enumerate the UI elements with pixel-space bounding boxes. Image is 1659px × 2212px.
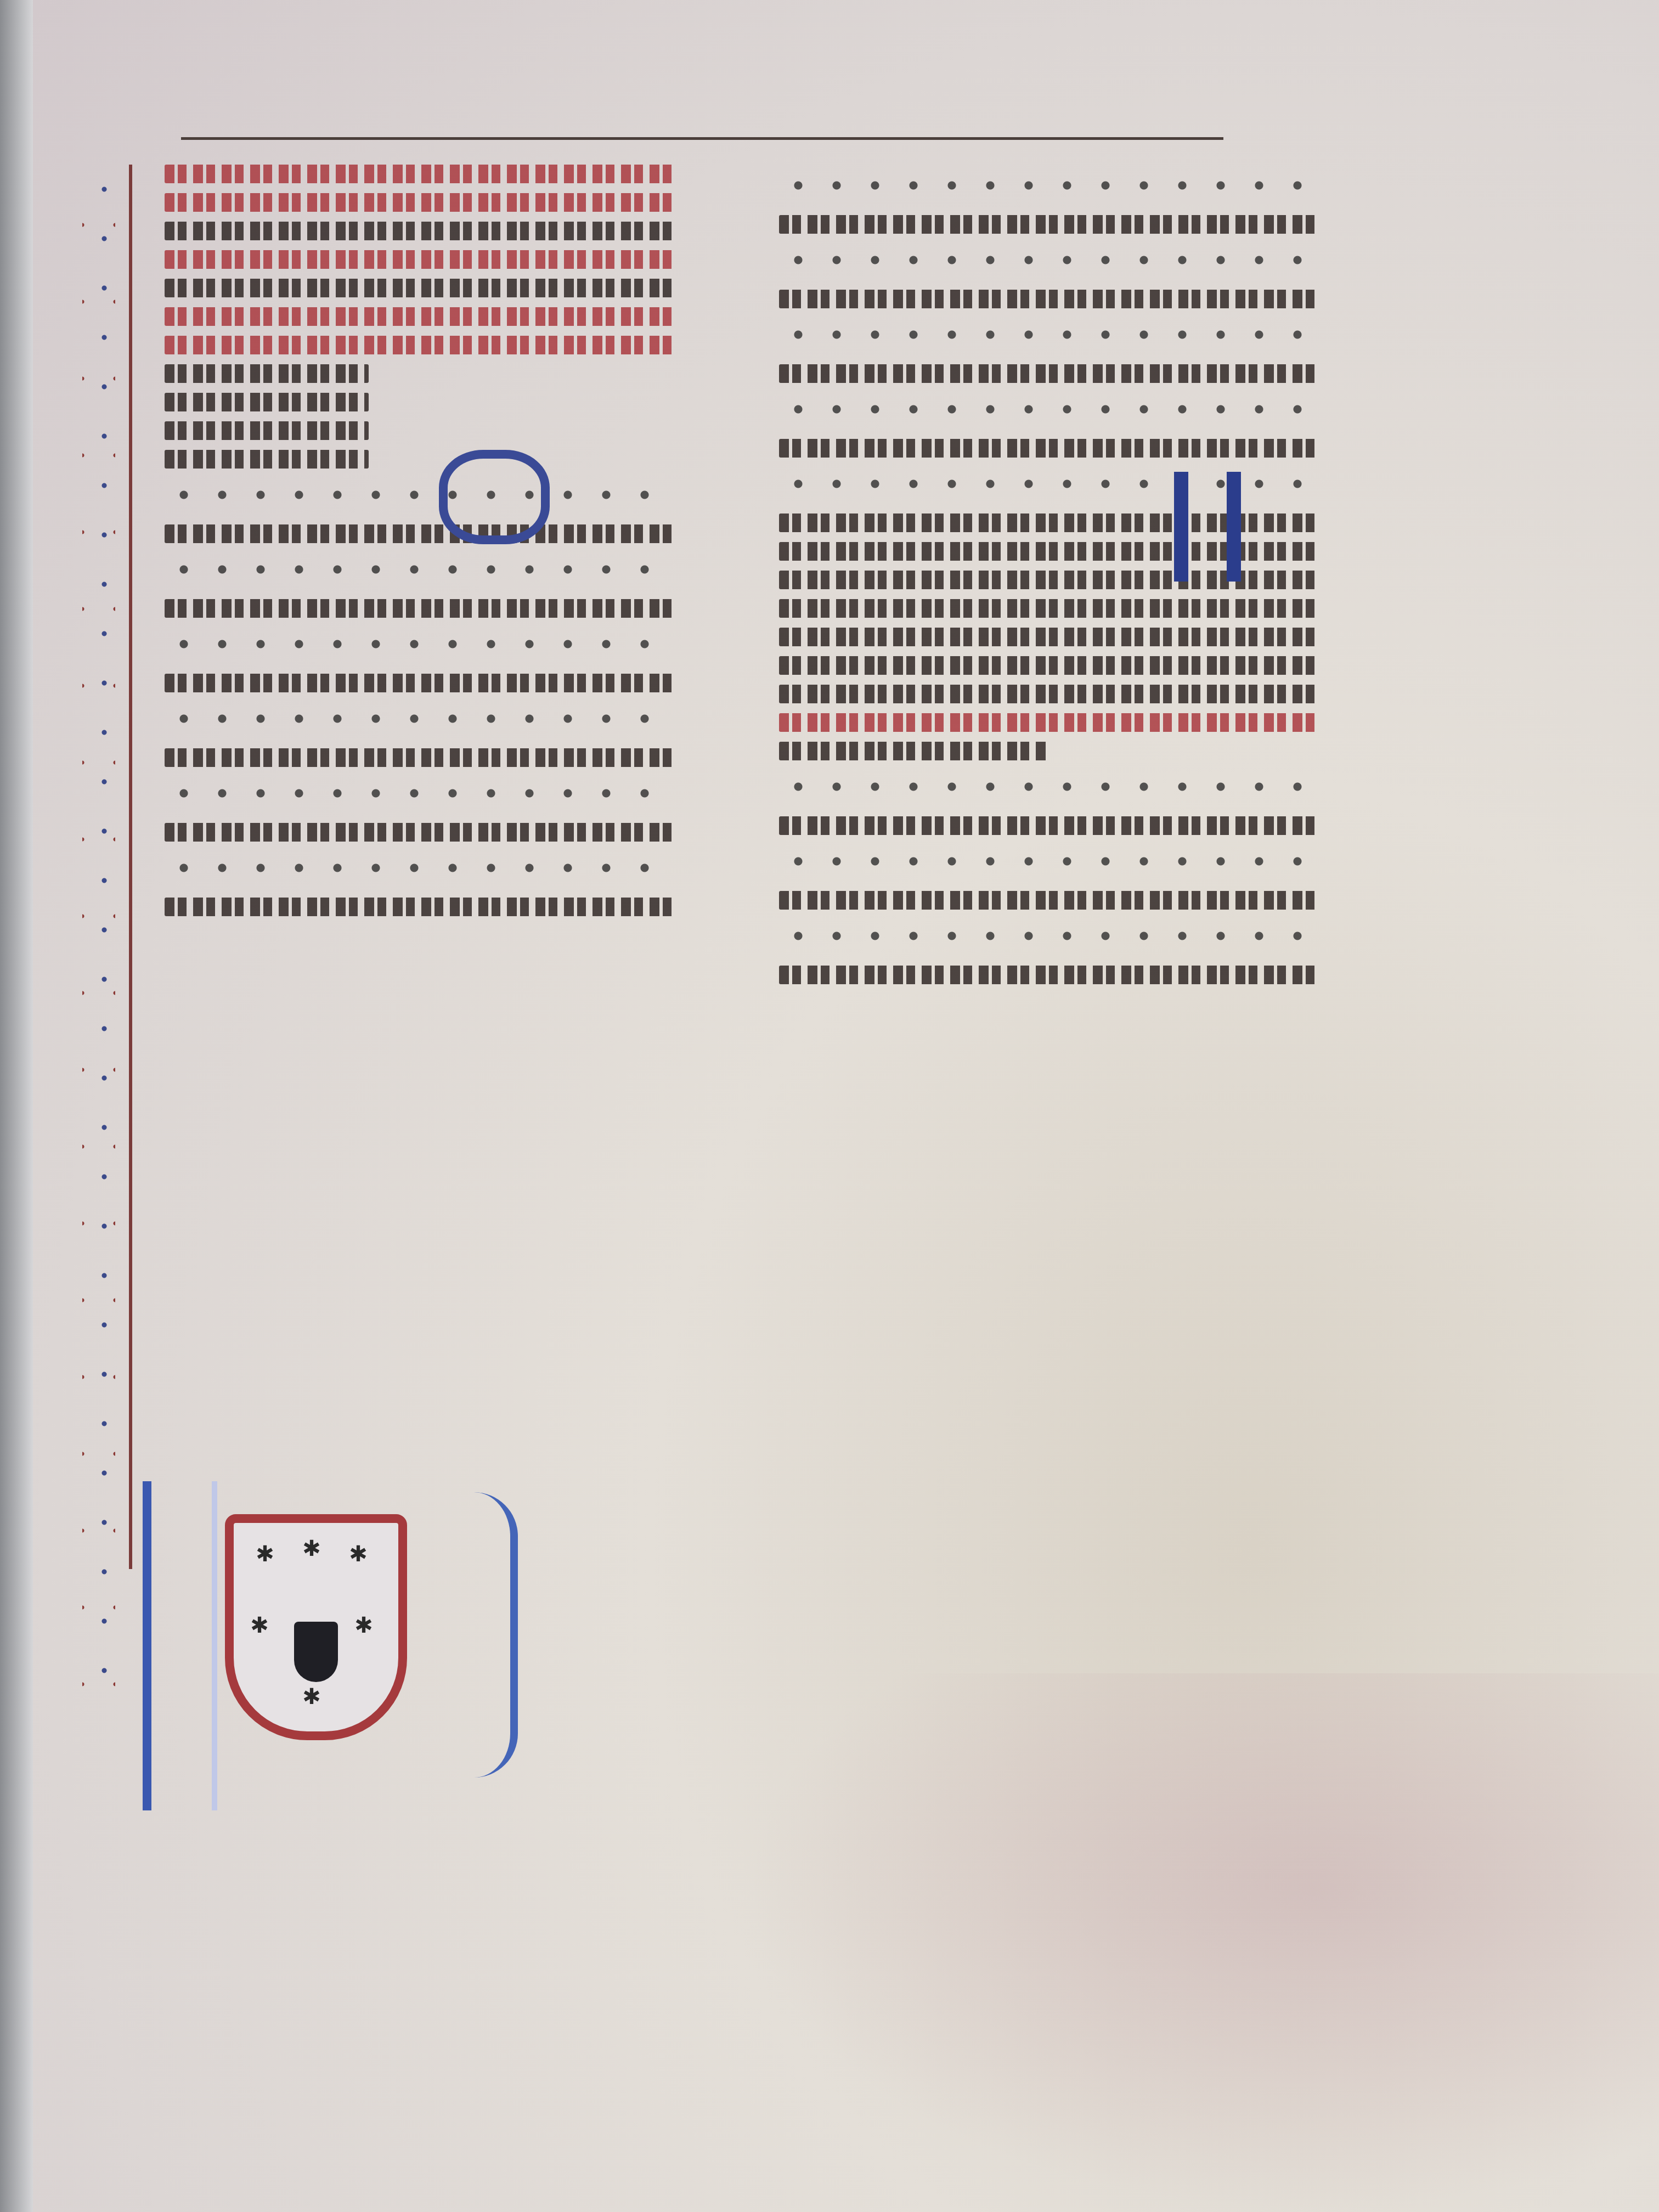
decorated-initial-s — [439, 450, 550, 544]
text-line — [779, 599, 1317, 618]
text-line — [165, 450, 369, 469]
text-line — [165, 599, 675, 618]
star-icon: ✱ — [256, 1545, 274, 1564]
shadow-overlay — [746, 1673, 1659, 2212]
music-stave — [779, 770, 1317, 803]
top-staff-line — [181, 137, 1223, 145]
text-line — [165, 823, 675, 842]
text-line — [779, 364, 1317, 383]
rubric-line — [165, 193, 675, 212]
text-line — [165, 674, 675, 692]
left-text-column — [165, 165, 675, 926]
star-icon: ✱ — [349, 1545, 368, 1564]
decorated-initial-h — [1174, 472, 1241, 582]
rubric-line — [779, 713, 1317, 732]
text-line — [165, 279, 675, 297]
left-border-bar — [129, 165, 149, 1569]
text-line — [779, 290, 1317, 308]
rubric-line — [165, 165, 675, 183]
rubric-line — [165, 250, 675, 269]
music-stave — [779, 845, 1317, 878]
monitor-bezel — [0, 0, 33, 2212]
initial-curl-ornament — [466, 1492, 518, 1778]
music-stave — [779, 919, 1317, 952]
marginal-decoration — [82, 165, 115, 1701]
rubric-line — [165, 307, 675, 326]
text-line — [165, 748, 675, 767]
music-stave — [779, 318, 1317, 351]
inescutcheon — [294, 1622, 338, 1682]
text-line — [165, 421, 369, 440]
text-line — [779, 656, 1317, 675]
music-stave — [779, 244, 1317, 276]
coat-of-arms: ✱ ✱ ✱ ✱ ✱ ✱ — [225, 1514, 407, 1740]
text-line — [165, 364, 369, 383]
music-stave — [165, 478, 675, 511]
star-icon: ✱ — [250, 1616, 269, 1635]
text-line — [779, 685, 1317, 703]
rubric-line — [165, 336, 675, 354]
text-line — [165, 524, 675, 543]
music-stave — [779, 393, 1317, 426]
music-stave — [165, 777, 675, 810]
music-stave — [165, 702, 675, 735]
music-stave — [165, 553, 675, 586]
music-stave — [165, 628, 675, 661]
text-line — [165, 222, 675, 240]
text-line — [779, 742, 1048, 760]
initial-frame — [143, 1481, 217, 1810]
text-line — [779, 891, 1317, 910]
text-line — [779, 439, 1317, 458]
text-line — [779, 816, 1317, 835]
music-stave — [165, 851, 675, 884]
text-line — [779, 966, 1317, 984]
star-icon: ✱ — [302, 1539, 321, 1558]
text-line — [779, 628, 1317, 646]
text-line — [165, 393, 369, 411]
music-stave — [779, 169, 1317, 202]
text-line — [779, 215, 1317, 234]
star-icon: ✱ — [354, 1616, 373, 1635]
text-line — [165, 898, 675, 916]
star-icon: ✱ — [302, 1688, 321, 1706]
